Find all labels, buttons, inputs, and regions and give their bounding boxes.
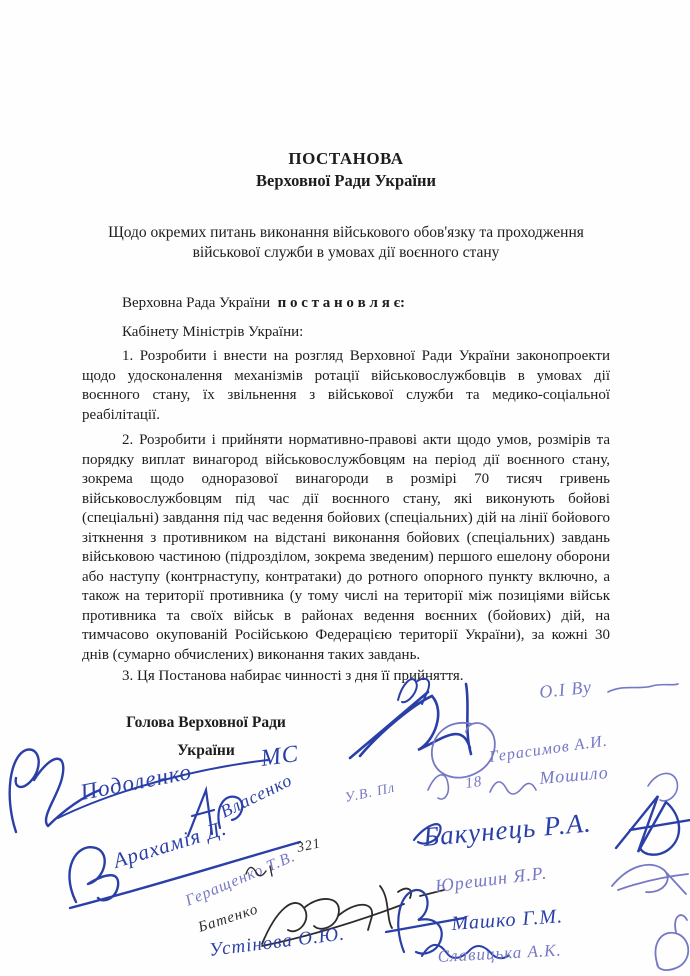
signature-paraph-bakunets (616, 796, 690, 855)
signature-podolenko: Подоленко (77, 759, 194, 805)
document-body: ПОСТАНОВА Верховної Ради України Щодо ок… (82, 148, 610, 760)
signature-lead-bakunets (414, 824, 441, 843)
signature-tail-moshylo (648, 773, 677, 800)
signature-squiggle-mid (428, 775, 536, 799)
signatory-title-line-2: України (120, 741, 292, 760)
signature-paraph-yureshyn (612, 865, 688, 894)
signature-flourish-underline (58, 760, 268, 818)
signature-note-mark (246, 866, 272, 876)
paragraph-3: 3. Ця Постанова набирає чинності з дня ї… (82, 667, 610, 687)
signature-tail-ustinova (422, 945, 508, 958)
signature-arakhamia: Арахамія Д. (109, 816, 230, 874)
signature-uv-pl: У.В. Пл (344, 781, 397, 806)
signature-paraph-black (262, 886, 444, 946)
addressee-line: Кабінету Міністрів України: (82, 323, 610, 343)
signatory-block: Голова Верховної Ради України (120, 713, 292, 760)
signature-moshylo: Мошило (538, 762, 610, 788)
signature-flourish-left-loops (10, 750, 100, 832)
decree-word: п о с т а н о в л я є: (278, 295, 405, 311)
signature-bakunets: Бакунець Р.А. (421, 807, 593, 852)
preamble-text: Верховна Рада України (122, 295, 270, 311)
signature-number-321: 321 (295, 836, 323, 856)
document-page: ПОСТАНОВА Верховної Ради України Щодо ок… (0, 0, 690, 976)
signature-mashko: Машко Г.М. (450, 905, 564, 935)
signature-gerashchenko: Геращенко Т.В. (182, 848, 298, 910)
paragraph-2: 2. Розробити і прийняти нормативно-право… (82, 431, 610, 665)
subject-line-1: Щодо окремих питань виконання військовог… (82, 223, 610, 243)
preamble: Верховна Рада України п о с т а н о в л … (82, 294, 610, 314)
signature-yureshyn: Юрешин Я.Р. (433, 862, 548, 896)
signatory-title-line-1: Голова Верховної Ради (120, 713, 292, 732)
subject-line-2: військової служби в умовах дії воєнного … (82, 243, 610, 263)
paragraph-1: 1. Розробити і внести на розгляд Верховн… (82, 347, 610, 425)
signature-ustinova: Устінова О.Ю. (208, 923, 346, 960)
document-title: ПОСТАНОВА (82, 148, 610, 170)
signature-batenko: Батенко (195, 901, 260, 936)
signature-paraph-mashko (386, 890, 464, 954)
signature-18-mark: 18 (464, 774, 483, 792)
signature-flourish-arakhamia (69, 842, 300, 908)
signature-paraph-slavytska (655, 915, 688, 970)
document-subject: Щодо окремих питань виконання військовог… (82, 223, 610, 263)
signature-slavytska: Славицька А.К. (437, 941, 562, 966)
signature-monogram-vlasenko (188, 790, 242, 836)
document-issuer: Верховної Ради України (82, 170, 610, 192)
signature-vlasenko: Власенко (217, 770, 295, 822)
signature-tail-oi (608, 684, 678, 692)
